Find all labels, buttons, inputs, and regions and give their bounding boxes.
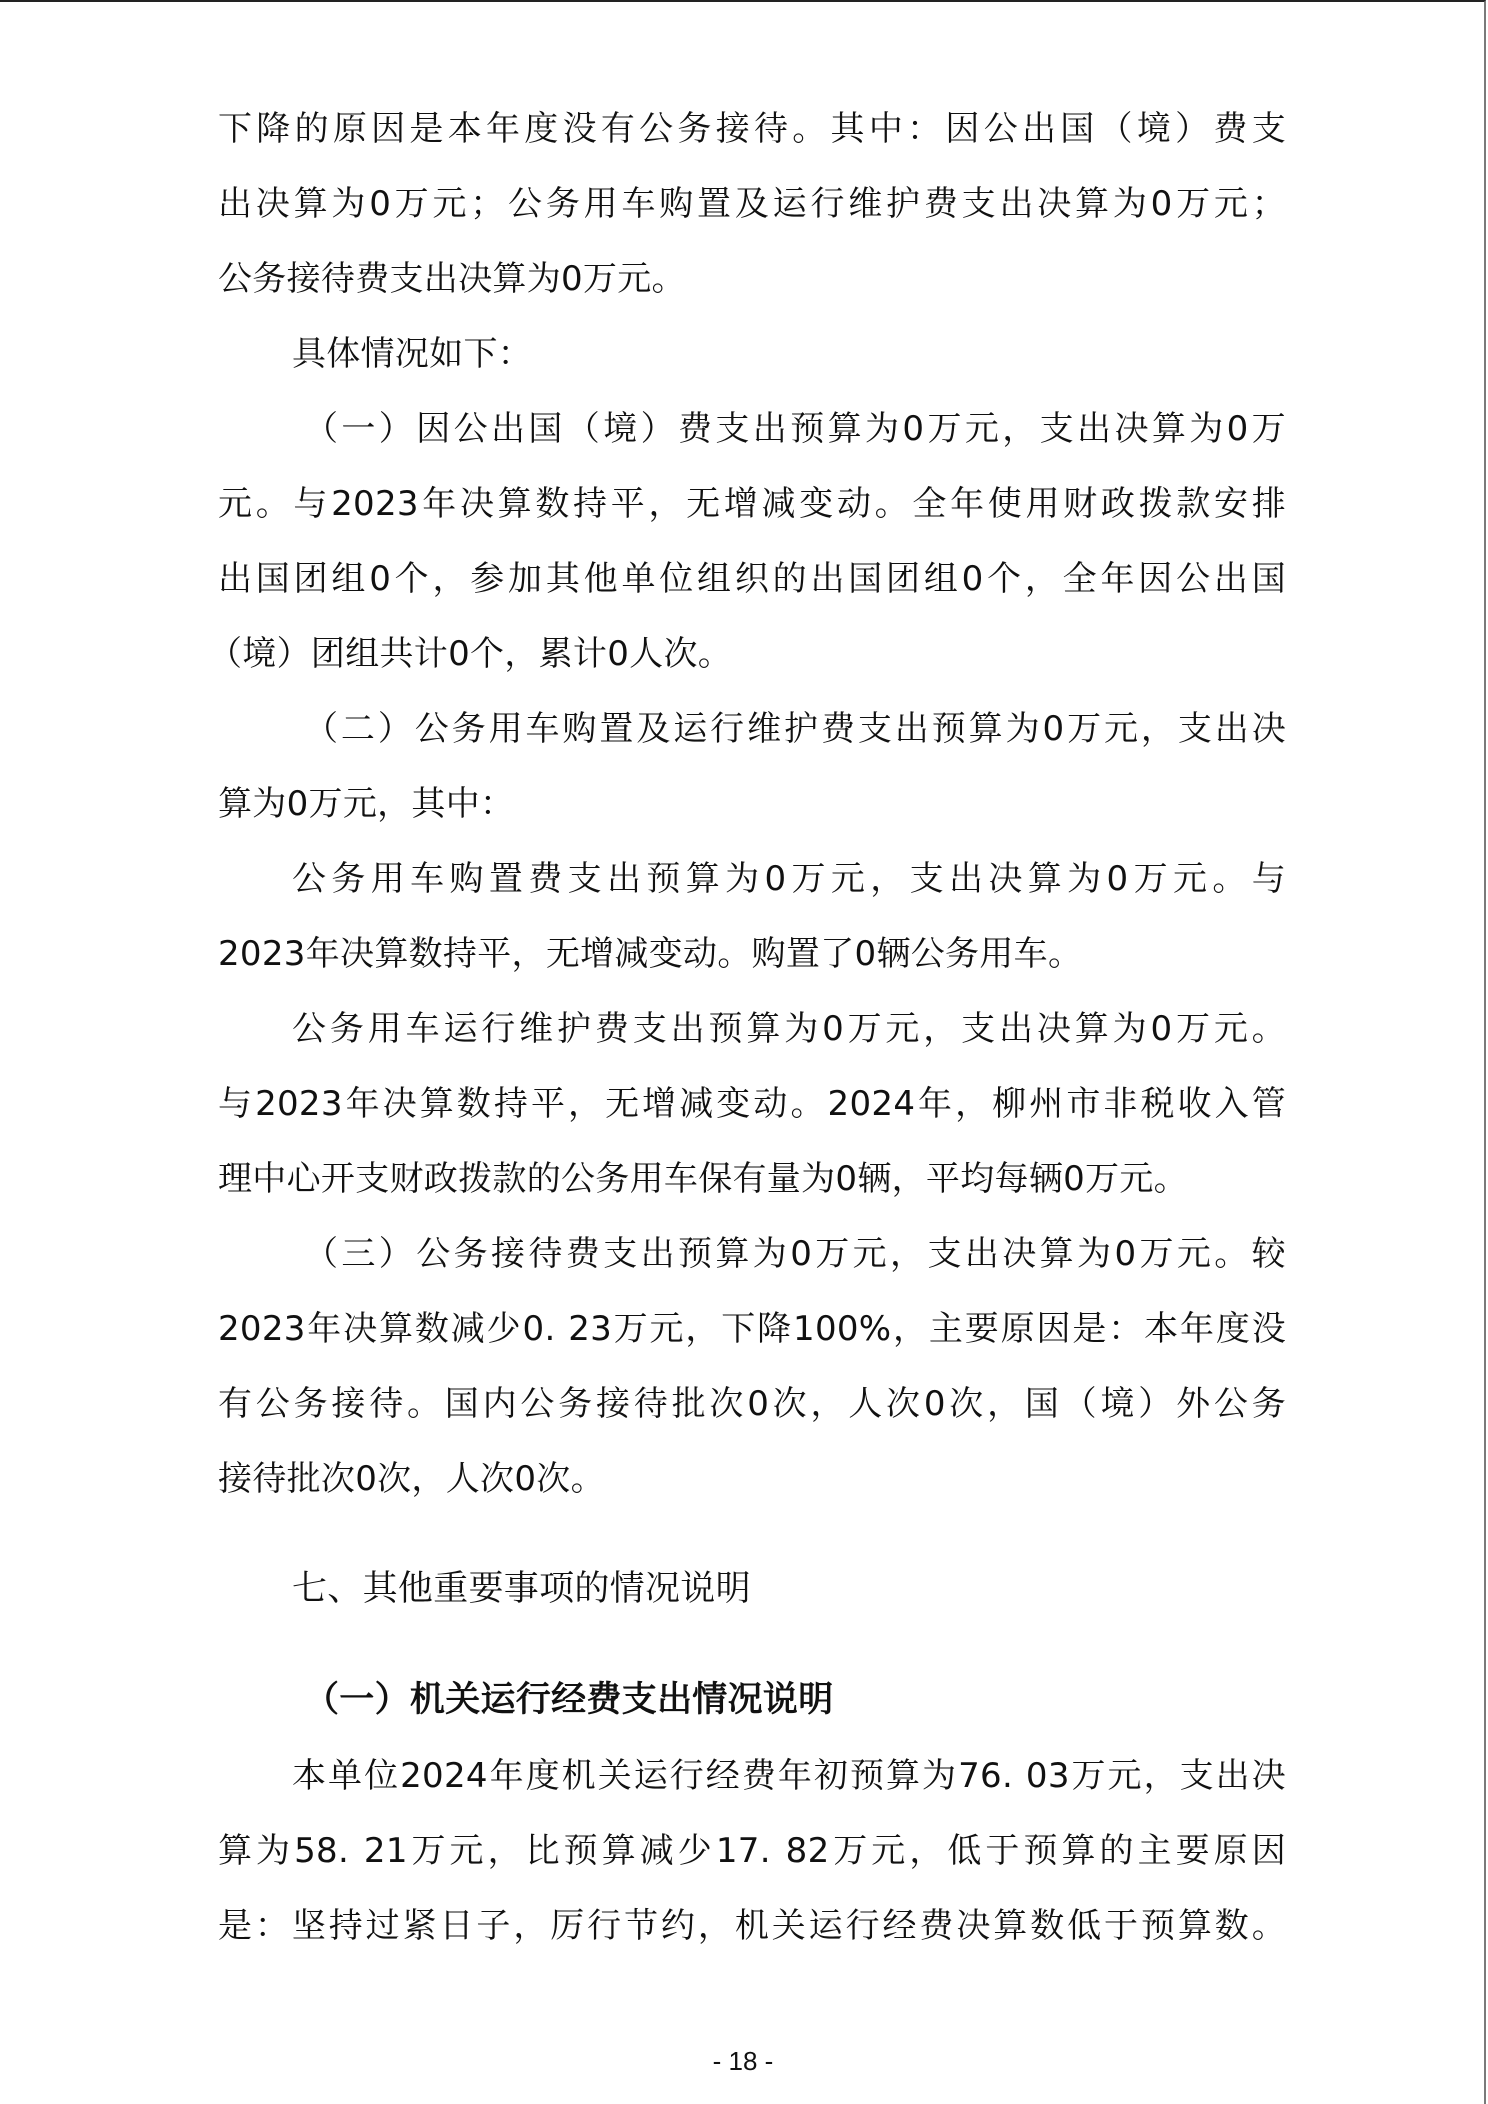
text-line: 有公务接待。国内公务接待批次0次，人次0次，国（境）外公务: [218, 1382, 1286, 1426]
text-line: 是：坚持过紧日子，厉行节约，机关运行经费决算数低于预算数。: [218, 1904, 1286, 1948]
text-line: 公务用车运行维护费支出预算为0万元，支出决算为0万元。: [292, 1007, 1286, 1051]
text-line: 元。与2023年决算数持平，无增减变动。全年使用财政拨款安排: [218, 482, 1286, 526]
text-line: （境）团组共计0个，累计0人次。: [208, 632, 732, 676]
subsection-heading: （一）机关运行经费支出情况说明: [304, 1678, 834, 1722]
text-line: （二）公务用车购置及运行维护费支出预算为0万元，支出决: [304, 707, 1286, 751]
text-line: 算为0万元，其中：: [218, 782, 514, 826]
text-line: 接待批次0次，人次0次。: [218, 1457, 605, 1501]
text-line: 具体情况如下：: [292, 332, 532, 376]
text-line: 出决算为0万元；公务用车购置及运行维护费支出决算为0万元；: [218, 182, 1286, 226]
text-line: 出国团组0个，参加其他单位组织的出国团组0个，全年因公出国: [218, 557, 1286, 601]
text-line: 算为58. 21万元，比预算减少17. 82万元，低于预算的主要原因: [218, 1829, 1286, 1873]
text-line: 与2023年决算数持平，无增减变动。2024年，柳州市非税收入管: [218, 1082, 1286, 1126]
text-line: 本单位2024年度机关运行经费年初预算为76. 03万元，支出决: [292, 1754, 1286, 1798]
text-line: （三）公务接待费支出预算为0万元，支出决算为0万元。较: [304, 1232, 1286, 1276]
text-line: （一）因公出国（境）费支出预算为0万元，支出决算为0万: [304, 407, 1286, 451]
text-line: 下降的原因是本年度没有公务接待。其中：因公出国（境）费支: [218, 107, 1286, 151]
text-line: 公务接待费支出决算为0万元。: [218, 257, 686, 301]
page-number: - 18 -: [0, 2046, 1486, 2077]
text-line: 2023年决算数持平，无增减变动。购置了0辆公务用车。: [218, 932, 1082, 976]
text-line: 公务用车购置费支出预算为0万元，支出决算为0万元。与: [292, 857, 1286, 901]
text-line: 理中心开支财政拨款的公务用车保有量为0辆，平均每辆0万元。: [218, 1157, 1188, 1201]
section-heading: 七、其他重要事项的情况说明: [292, 1567, 751, 1611]
text-line: 2023年决算数减少0. 23万元，下降100%，主要原因是：本年度没: [218, 1307, 1286, 1351]
document-page: 下降的原因是本年度没有公务接待。其中：因公出国（境）费支 出决算为0万元；公务用…: [0, 0, 1486, 2104]
